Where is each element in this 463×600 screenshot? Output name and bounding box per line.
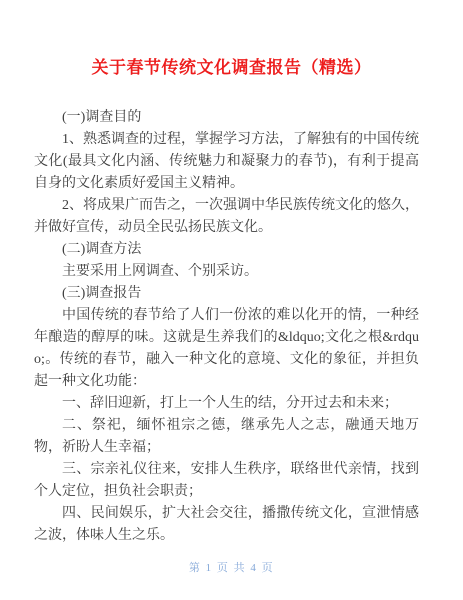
paragraph-purpose-1: 1、熟悉调查的过程，掌握学习方法，了解独有的中国传统文化(最具文化内涵、传统魅力…	[34, 129, 419, 195]
paragraph-report-intro: 中国传统的春节给了人们一份浓的难以化开的情，一种经年酿造的醇厚的味。这就是生养我…	[34, 305, 419, 393]
page-number-indicator: 第 1 页 共 4 页	[0, 559, 463, 575]
paragraph-function-4: 四、民间娱乐，扩大社会交往，播撒传统文化，宣泄情感之波，体味人生之乐。	[34, 503, 419, 547]
document-body: (一)调查目的 1、熟悉调查的过程，掌握学习方法，了解独有的中国传统文化(最具文…	[0, 78, 463, 547]
paragraph-function-1: 一、辞旧迎新，打上一个人生的结，分开过去和未来；	[34, 393, 419, 415]
paragraph-purpose-2: 2、将成果广而告之，一次强调中华民族传统文化的悠久，并做好宣传，动员全民弘扬民族…	[34, 195, 419, 239]
document-page: 关于春节传统文化调查报告（精选） (一)调查目的 1、熟悉调查的过程，掌握学习方…	[0, 0, 463, 600]
section-heading-survey-method: (二)调查方法	[34, 239, 419, 261]
paragraph-function-2: 二、祭祀，缅怀祖宗之德，继承先人之志，融通天地万物，祈盼人生幸福；	[34, 415, 419, 459]
section-heading-survey-purpose: (一)调查目的	[34, 107, 419, 129]
paragraph-function-3: 三、宗亲礼仪往来，安排人生秩序，联络世代亲情，找到个人定位，担负社会职责；	[34, 459, 419, 503]
paragraph-method: 主要采用上网调查、个别采访。	[34, 261, 419, 283]
page-title: 关于春节传统文化调查报告（精选）	[0, 0, 463, 78]
section-heading-survey-report: (三)调查报告	[34, 283, 419, 305]
